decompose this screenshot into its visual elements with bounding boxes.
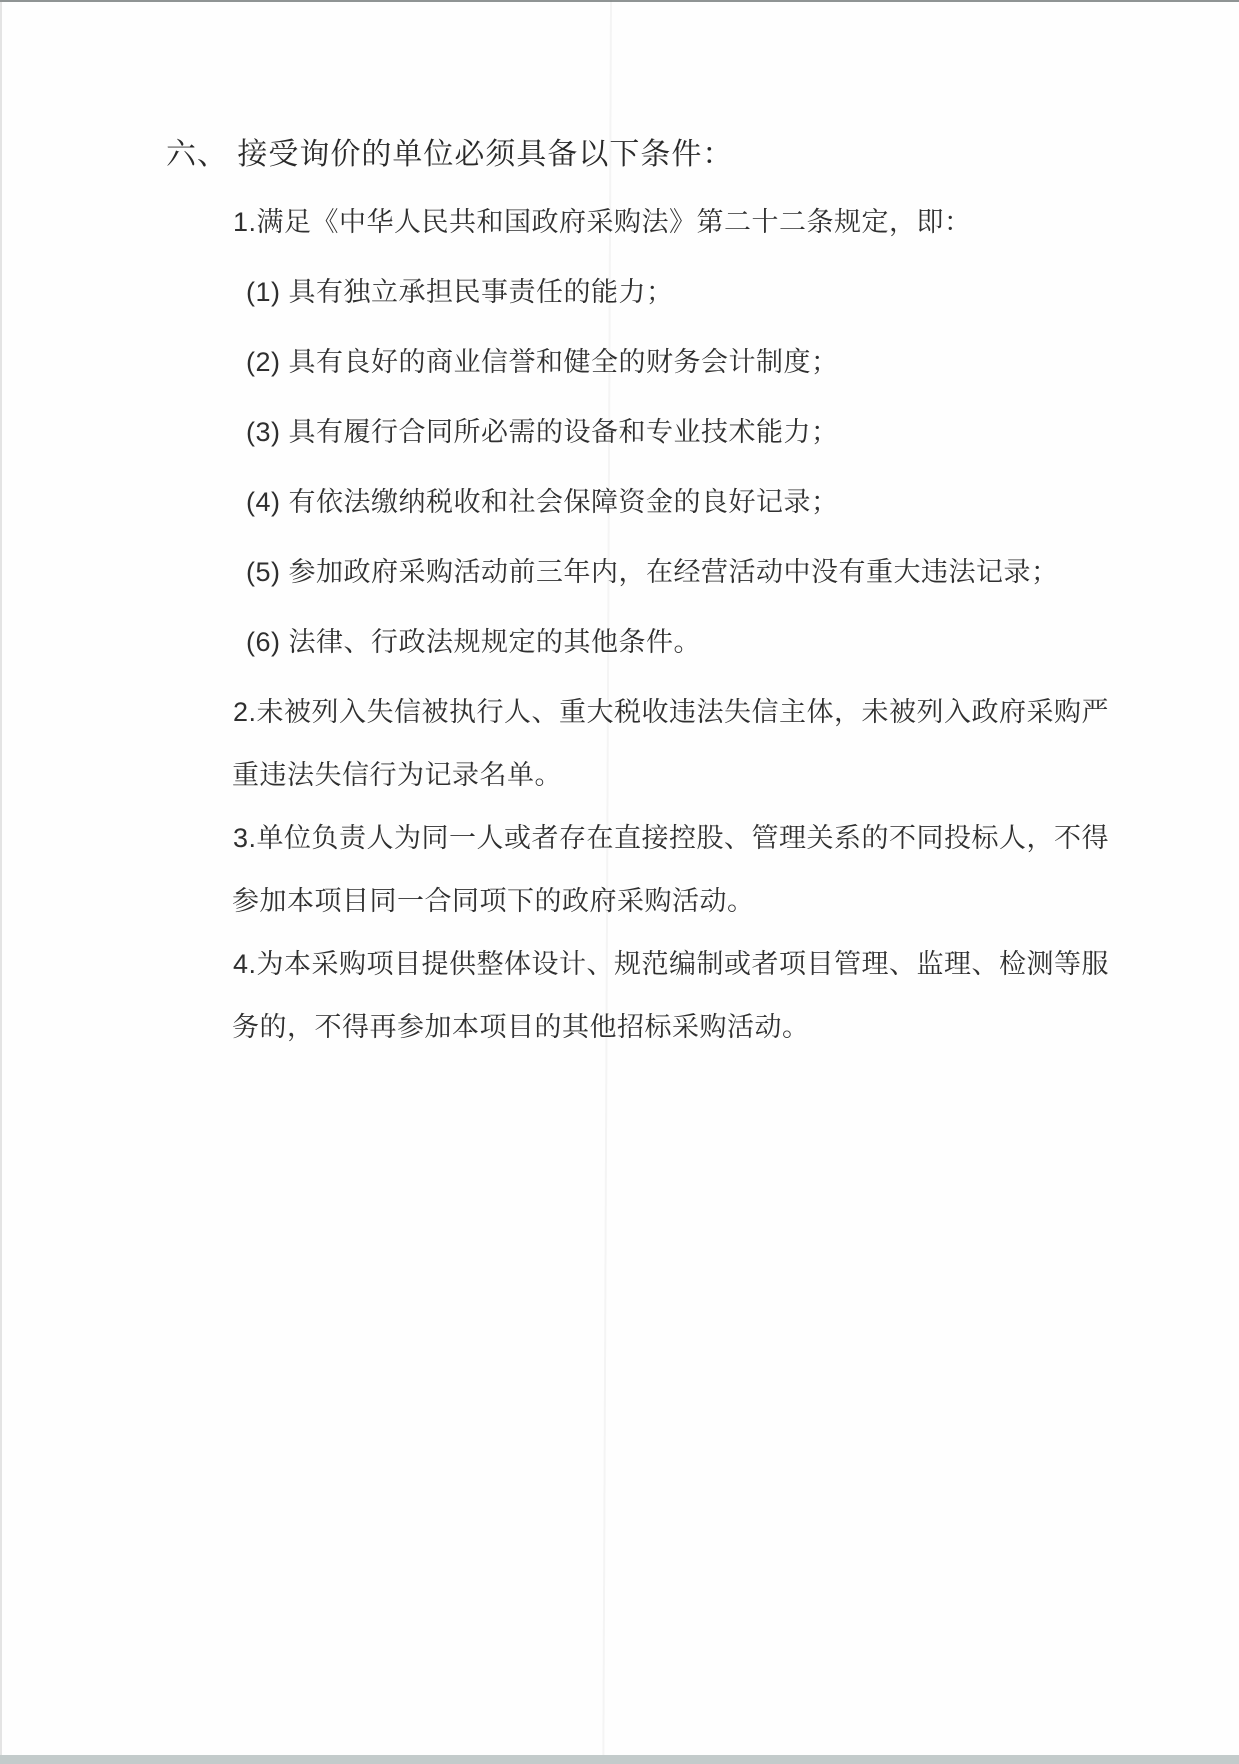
sub-item-6-line: (6) 法律、行政法规规定的其他条件。	[246, 628, 1179, 656]
clause-1-line: 1.满足《中华人民共和国政府采购法》第二十二条规定，即：	[233, 208, 1179, 236]
section-heading: 六、 接受询价的单位必须具备以下条件：	[166, 138, 1179, 172]
sub-item-5-line: (5) 参加政府采购活动前三年内，在经营活动中没有重大违法记录；	[246, 558, 1179, 586]
scan-edge-top	[0, 0, 1239, 2]
sub-item-1-line: (1) 具有独立承担民事责任的能力；	[246, 278, 1179, 306]
document-content: 六、 接受询价的单位必须具备以下条件： 1.满足《中华人民共和国政府采购法》第二…	[0, 138, 1179, 1076]
clause-3-line-2: 参加本项目同一合同项下的政府采购活动。	[232, 887, 1179, 915]
sub-item-4-line: (4) 有依法缴纳税收和社会保障资金的良好记录；	[246, 488, 1179, 516]
clause-2-line-2: 重违法失信行为记录名单。	[232, 761, 1179, 789]
clause-3-line-1: 3.单位负责人为同一人或者存在直接控股、管理关系的不同投标人，不得	[233, 824, 1179, 852]
sub-item-3-line: (3) 具有履行合同所必需的设备和专业技术能力；	[246, 418, 1179, 446]
document-page: 六、 接受询价的单位必须具备以下条件： 1.满足《中华人民共和国政府采购法》第二…	[0, 0, 1239, 1764]
sub-item-2-line: (2) 具有良好的商业信誉和健全的财务会计制度；	[246, 348, 1179, 376]
scan-edge-bottom	[0, 1755, 1239, 1764]
clause-4-line-2: 务的，不得再参加本项目的其他招标采购活动。	[232, 1013, 1179, 1041]
clause-4-line-1: 4.为本采购项目提供整体设计、规范编制或者项目管理、监理、检测等服	[233, 950, 1179, 978]
clause-2-line-1: 2.未被列入失信被执行人、重大税收违法失信主体，未被列入政府采购严	[233, 698, 1179, 726]
